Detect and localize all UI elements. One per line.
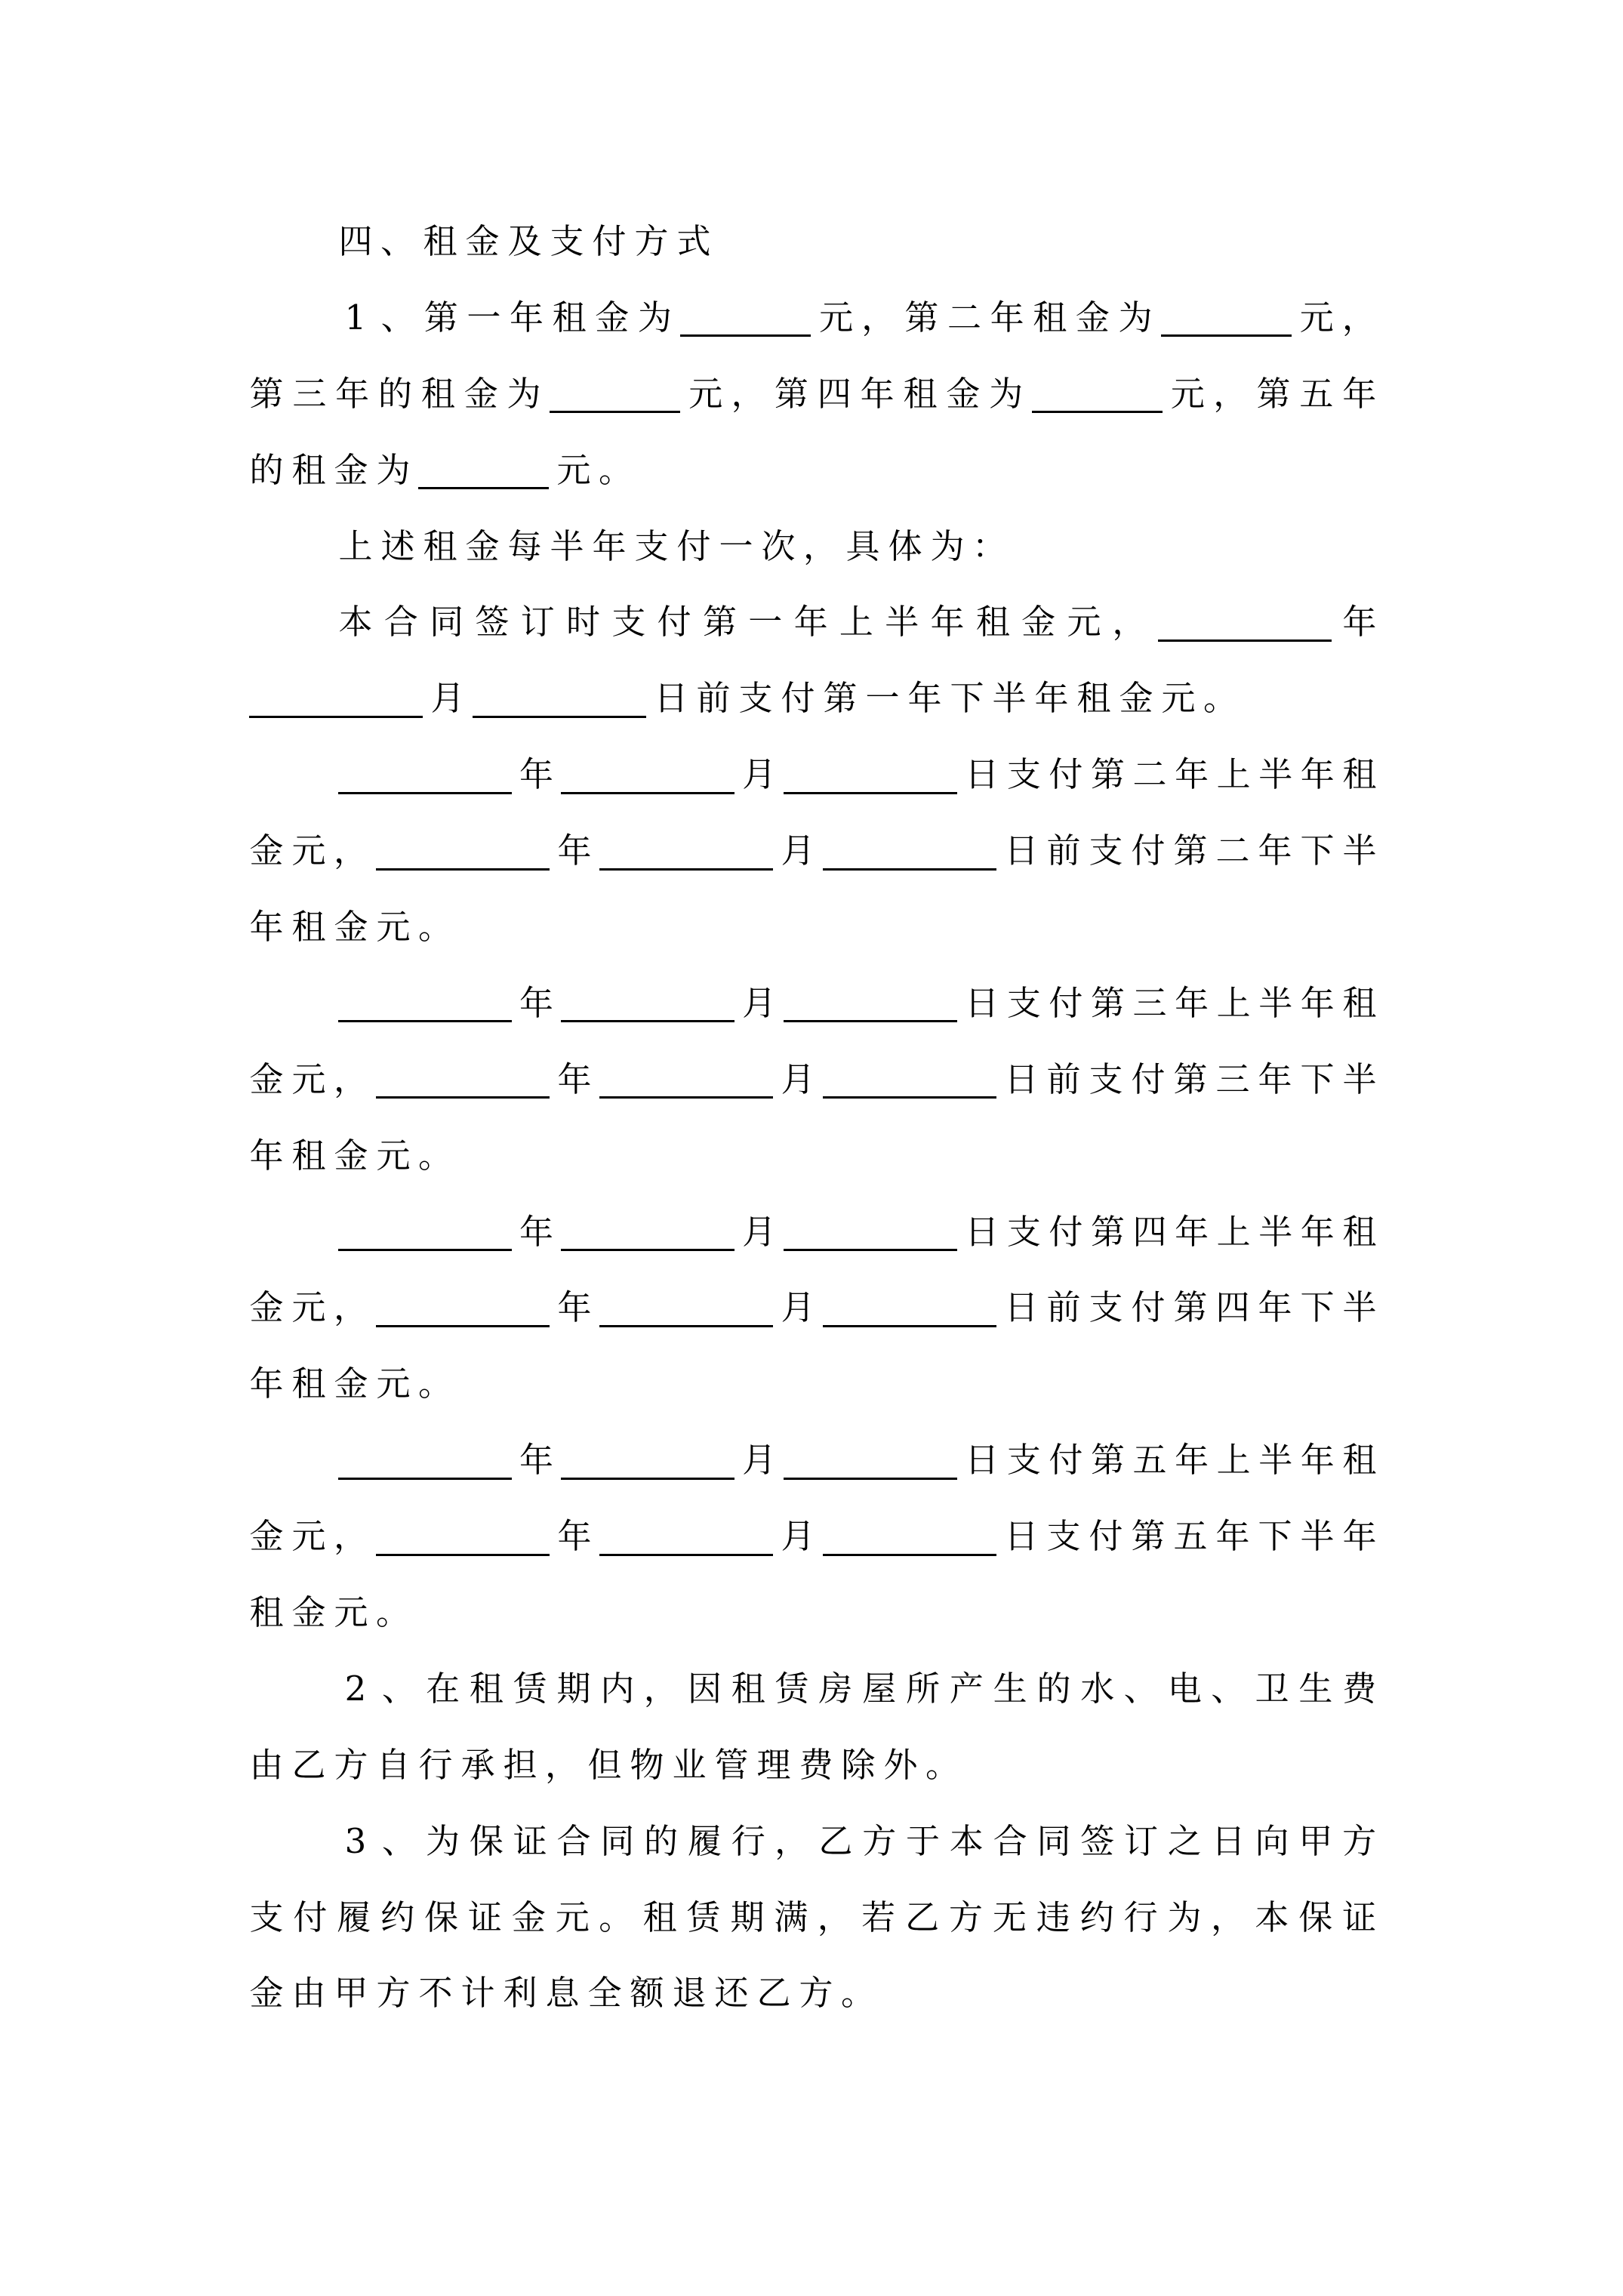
text-char: 半 (1258, 966, 1293, 1042)
text-char: 金 (465, 509, 500, 585)
text-char: 日 (1211, 1804, 1246, 1880)
text-char: 租 (903, 356, 938, 433)
text-char: 下 (1300, 813, 1335, 889)
text-char: 。 (599, 433, 633, 509)
text-char: 、 (380, 204, 415, 280)
text-char: 月 (742, 1194, 777, 1271)
text-char: 第 (823, 661, 858, 737)
text-char: 金 (249, 1955, 284, 2032)
text-char: ， (334, 813, 368, 889)
text-char: 除 (841, 1727, 876, 1804)
text-char: 付 (592, 204, 627, 280)
text-char: 具 (845, 509, 880, 585)
text-char: 半 (992, 661, 1027, 737)
text-char: 第 (1173, 813, 1208, 889)
text-line: 月日前支付第一年下半年租金元。 (249, 661, 1377, 737)
text-char: ， (731, 356, 766, 433)
text-char: 日 (1004, 1042, 1039, 1118)
text-char: 的 (249, 433, 284, 509)
text-char: 元 (376, 889, 411, 966)
text-char: 支 (1006, 737, 1041, 813)
text-char: 月 (781, 1042, 815, 1118)
text-char: 。 (418, 1118, 453, 1194)
text-char: 履 (337, 1880, 371, 1956)
text-char: 日 (654, 661, 688, 737)
text-char: 述 (380, 509, 415, 585)
fill-in-blank[interactable] (338, 1216, 512, 1251)
text-char: 下 (1300, 1042, 1335, 1118)
text-char: 式 (676, 204, 711, 280)
text-line: 年租金元。 (249, 889, 1377, 966)
fill-in-blank[interactable] (784, 988, 957, 1022)
text-char: 第 (1256, 356, 1291, 433)
text-char: 年 (335, 356, 370, 433)
text-char: 。 (599, 1880, 633, 1956)
text-char: 年 (510, 280, 544, 356)
text-char: ， (1211, 1880, 1246, 1956)
text-char: ： (972, 509, 1007, 585)
text-char: 年 (557, 1270, 592, 1346)
text-char: 同 (600, 1804, 635, 1880)
text-char: 四 (338, 204, 373, 280)
text-char: 房 (818, 1651, 853, 1727)
text-char: 签 (475, 584, 510, 661)
text-char: 时 (566, 584, 601, 661)
fill-in-blank[interactable] (376, 836, 550, 871)
text-line: 金元，年月日前支付第三年下半 (249, 1042, 1377, 1118)
text-char: 五 (1132, 1422, 1167, 1499)
text-char: 金 (465, 204, 500, 280)
text-char: 为 (637, 280, 672, 356)
text-line: 2、在租赁期内，因租赁房屋所产生的水、电、卫生费 (249, 1651, 1377, 1727)
text-char: 。 (418, 1346, 453, 1422)
text-char: 年 (990, 280, 1024, 356)
text-char: 租 (642, 1880, 677, 1956)
text-char: 年 (1300, 737, 1335, 813)
text-char: 元 (334, 1575, 368, 1651)
text-char: ， (334, 1499, 368, 1575)
text-char: ， (861, 280, 896, 356)
text-char: 订 (520, 584, 555, 661)
text-char: 租 (291, 1346, 326, 1422)
fill-in-blank[interactable] (784, 760, 957, 794)
text-char: 年 (249, 889, 284, 966)
text-char: 租 (291, 433, 326, 509)
text-char: 合 (556, 1804, 591, 1880)
fill-in-blank[interactable] (1032, 378, 1163, 413)
text-line: 第三年的租金为元，第四年租金为元，第五年 (249, 356, 1377, 433)
paragraph-year-3: 年月日支付第三年上半年租金元，年月日前支付第三年下半年租金元。 (249, 966, 1377, 1194)
text-char: 不 (418, 1955, 453, 2032)
text-char: 若 (861, 1880, 896, 1956)
text-line: 本合同签订时支付第一年上半年租金元，年 (249, 584, 1377, 661)
text-line: 的租金为元。 (249, 433, 1377, 509)
text-char: 合 (993, 1804, 1027, 1880)
text-char: 。 (841, 1955, 876, 2032)
text-char: 第 (1091, 966, 1126, 1042)
text-char: 由 (291, 1955, 326, 2032)
text-char: 卫 (1255, 1651, 1289, 1727)
text-char: 行 (418, 1727, 453, 1804)
text-char: 行 (1123, 1880, 1158, 1956)
fill-in-blank[interactable] (376, 1521, 550, 1556)
fill-in-blank[interactable] (823, 836, 996, 871)
text-char: 元 (291, 1499, 326, 1575)
text-char: 日 (965, 1194, 999, 1271)
fill-in-blank[interactable] (784, 1445, 957, 1480)
text-char: 租 (423, 509, 457, 585)
fill-in-blank[interactable] (561, 760, 735, 794)
text-char: 年 (1300, 966, 1335, 1042)
text-char: 的 (1036, 1651, 1071, 1727)
text-char: 金 (334, 889, 368, 966)
text-char: 年 (519, 966, 554, 1042)
text-char: 三 (1132, 966, 1167, 1042)
text-char: 于 (906, 1804, 941, 1880)
text-char: 同 (430, 584, 464, 661)
text-char: 内 (600, 1651, 635, 1727)
text-char: 签 (1080, 1804, 1115, 1880)
text-char: 半 (1300, 1499, 1335, 1575)
text-char: 一 (719, 509, 753, 585)
text-char: 租 (291, 889, 326, 966)
text-char: 元 (688, 356, 723, 433)
text-char: 年 (793, 584, 828, 661)
text-char: 租 (249, 1575, 284, 1651)
text-char: 租 (1342, 737, 1377, 813)
text-char: 前 (1046, 1042, 1081, 1118)
fill-in-blank[interactable] (680, 302, 811, 337)
document-page: 四、租金及支付方式1、第一年租金为元，第二年租金为元，第三年的租金为元，第四年租… (0, 0, 1623, 2296)
text-char: 。 (1203, 661, 1238, 737)
text-char: 还 (714, 1955, 749, 2032)
text-char: 租 (1342, 1422, 1377, 1499)
paragraph-clause-1: 1、第一年租金为元，第二年租金为元，第三年的租金为元，第四年租金为元，第五年的租… (249, 280, 1377, 509)
text-char: 、 (381, 280, 416, 356)
text-char: 产 (949, 1651, 984, 1727)
paragraph-heading: 四、租金及支付方式 (249, 204, 1377, 280)
text-char: 。 (925, 1727, 960, 1804)
text-char: 付 (1049, 1194, 1083, 1271)
text-char: 履 (688, 1804, 722, 1880)
text-char: 金 (1075, 280, 1110, 356)
text-char: 。 (376, 1575, 411, 1651)
text-char: 保 (469, 1804, 504, 1880)
text-char: 向 (1255, 1804, 1289, 1880)
text-char: ， (818, 1880, 852, 1956)
fill-in-blank[interactable] (599, 836, 773, 871)
text-char: 元 (1170, 356, 1205, 433)
text-char: 一 (467, 280, 501, 356)
fill-in-blank[interactable] (599, 1521, 773, 1556)
text-char: 乙 (818, 1804, 853, 1880)
fill-in-blank[interactable] (561, 988, 735, 1022)
text-char: 日 (965, 1422, 999, 1499)
fill-in-blank[interactable] (338, 760, 512, 794)
text-char: 自 (376, 1727, 411, 1804)
text-char: 月 (742, 966, 777, 1042)
text-char: 付 (293, 1880, 328, 1956)
text-char: 付 (657, 584, 691, 661)
text-char: 但 (587, 1727, 622, 1804)
text-char: 之 (1167, 1804, 1202, 1880)
text-char: 赁 (513, 1651, 547, 1727)
text-char: 日 (1004, 1270, 1039, 1346)
text-char: 满 (774, 1880, 808, 1956)
text-char: 二 (1215, 813, 1250, 889)
text-char: 合 (383, 584, 418, 661)
text-char: 方 (949, 1880, 984, 1956)
text-char: 月 (742, 737, 777, 813)
text-char: 支 (1006, 1422, 1041, 1499)
paragraph-payment-intro: 上述租金每半年支付一次，具体为： (249, 509, 1377, 585)
text-char: 元 (376, 1346, 411, 1422)
text-char: 额 (630, 1955, 664, 2032)
fill-in-blank[interactable] (338, 988, 512, 1022)
text-char: 租 (420, 356, 455, 433)
text-char: 年 (1215, 1499, 1250, 1575)
text-char: 元 (819, 280, 854, 356)
fill-in-blank[interactable] (338, 1445, 512, 1480)
text-char: 五 (1173, 1499, 1208, 1575)
text-char: 。 (418, 889, 453, 966)
text-char: 年 (1258, 813, 1292, 889)
text-char: 甲 (334, 1955, 368, 2032)
text-char: 付 (1089, 1499, 1123, 1575)
text-char: 半 (1342, 1042, 1377, 1118)
text-char: 为 (507, 356, 541, 433)
text-char: 年 (519, 737, 554, 813)
text-char: 担 (503, 1727, 537, 1804)
text-char: 上 (1216, 966, 1251, 1042)
fill-in-blank[interactable] (784, 1216, 957, 1251)
text-char: 证 (468, 1880, 503, 1956)
text-char: 金 (249, 813, 284, 889)
text-char: 息 (545, 1955, 580, 2032)
text-char: 元 (1067, 584, 1101, 661)
text-char: 本 (949, 1804, 984, 1880)
paragraph-year-4: 年月日支付第四年上半年租金元，年月日前支付第四年下半年租金元。 (249, 1194, 1377, 1423)
text-line: 金元，年月日前支付第二年下半 (249, 813, 1377, 889)
text-char: 租 (552, 280, 587, 356)
text-char: 金 (511, 1880, 546, 1956)
text-char: 为 (989, 356, 1024, 433)
text-char: 乙 (905, 1880, 940, 1956)
text-char: 元 (291, 1270, 326, 1346)
paragraph-year-2: 年月日支付第二年上半年租金元，年月日前支付第二年下半年租金元。 (249, 737, 1377, 966)
text-char: ， (803, 509, 838, 585)
text-char: 方 (376, 1955, 411, 2032)
text-char: 证 (1342, 1880, 1377, 1956)
text-line: 1、第一年租金为元，第二年租金为元， (249, 280, 1377, 356)
text-char: 第 (1131, 1499, 1166, 1575)
fill-in-blank[interactable] (823, 1521, 996, 1556)
fill-in-blank[interactable] (376, 1064, 550, 1099)
text-char: 前 (1046, 813, 1081, 889)
document-body: 四、租金及支付方式1、第一年租金为元，第二年租金为元，第三年的租金为元，第四年租… (249, 204, 1377, 2032)
text-char: 半 (1258, 737, 1293, 813)
text-char: 付 (1049, 737, 1083, 813)
text-char: 所 (906, 1651, 941, 1727)
text-char: 支 (1089, 813, 1123, 889)
text-char: ， (334, 1270, 368, 1346)
text-char: 元 (291, 1042, 326, 1118)
text-char: 体 (888, 509, 922, 585)
text-char: 年 (1175, 1194, 1209, 1271)
fill-in-blank[interactable] (561, 1445, 735, 1480)
text-char: 金 (334, 1118, 368, 1194)
text-char: 日 (1004, 1499, 1039, 1575)
text-char: 日 (965, 966, 999, 1042)
text-char: 一 (865, 661, 900, 737)
text-char: 半 (1342, 813, 1377, 889)
text-char: 金 (334, 433, 368, 509)
text-char: 半 (1258, 1422, 1293, 1499)
text-line: 上述租金每半年支付一次，具体为： (249, 509, 1377, 585)
text-char: 1 (338, 280, 373, 356)
text-char: 支 (550, 204, 584, 280)
text-char: 的 (378, 356, 413, 433)
text-char: 支 (634, 509, 669, 585)
text-line: 年月日支付第五年上半年租 (249, 1422, 1377, 1499)
text-char: 年 (557, 1499, 592, 1575)
text-char: 理 (756, 1727, 791, 1804)
fill-in-blank[interactable] (550, 378, 680, 413)
fill-in-blank[interactable] (1161, 302, 1292, 337)
text-char: 金 (249, 1270, 284, 1346)
text-char: 金 (334, 1346, 368, 1422)
text-char: 上 (338, 509, 373, 585)
text-char: 金 (249, 1042, 284, 1118)
text-char: 费 (1342, 1651, 1377, 1727)
text-char: 元 (1161, 661, 1196, 737)
text-char: 水 (1080, 1651, 1115, 1727)
text-char: 四 (1215, 1270, 1250, 1346)
text-char: 半 (1342, 1270, 1377, 1346)
fill-in-blank[interactable] (249, 683, 423, 718)
text-line: 四、租金及支付方式 (249, 204, 1377, 280)
fill-in-blank[interactable] (823, 1293, 996, 1327)
fill-in-blank[interactable] (418, 455, 549, 489)
text-char: 金 (946, 356, 981, 433)
text-char: 四 (1132, 1194, 1167, 1271)
fill-in-blank[interactable] (1158, 607, 1332, 642)
text-char: 月 (742, 1422, 777, 1499)
fill-in-blank[interactable] (599, 1064, 773, 1099)
text-char: 为 (930, 509, 965, 585)
text-char: 保 (1298, 1880, 1333, 1956)
text-char: 物 (630, 1727, 664, 1804)
text-char: 的 (644, 1804, 679, 1880)
text-char: ， (334, 1042, 368, 1118)
text-char: 期 (556, 1651, 591, 1727)
text-char: 元 (556, 433, 591, 509)
text-char: 、 (382, 1651, 417, 1727)
text-char: 半 (1258, 1194, 1293, 1271)
text-char: 利 (503, 1955, 537, 2032)
text-char: 前 (1046, 1270, 1081, 1346)
text-char: 年 (557, 813, 592, 889)
text-char: 三 (1215, 1042, 1250, 1118)
text-char: 、 (382, 1804, 417, 1880)
text-char: 本 (338, 584, 373, 661)
text-char: 生 (1298, 1651, 1333, 1727)
text-line: 年租金元。 (249, 1346, 1377, 1422)
text-char: 租 (1033, 280, 1067, 356)
text-char: 第 (904, 280, 939, 356)
text-char: 方 (799, 1955, 833, 2032)
text-line: 金元，年月日前支付第四年下半 (249, 1270, 1377, 1346)
text-char: 付 (1049, 966, 1083, 1042)
text-char: 年 (907, 661, 942, 737)
text-char: 方 (1342, 1804, 1377, 1880)
text-char: 每 (507, 509, 542, 585)
text-char: 支 (1006, 966, 1041, 1042)
fill-in-blank[interactable] (561, 1216, 735, 1251)
text-char: 年 (1034, 661, 1069, 737)
fill-in-blank[interactable] (376, 1293, 550, 1327)
text-char: 付 (1049, 1422, 1083, 1499)
text-char: 一 (748, 584, 783, 661)
text-char: 租 (1076, 661, 1111, 737)
text-char: 乙 (291, 1727, 326, 1804)
text-char: 付 (1131, 813, 1166, 889)
text-char: 金 (291, 1575, 326, 1651)
text-char: 电 (1167, 1651, 1202, 1727)
text-char: 日 (965, 737, 999, 813)
text-char: 上 (1216, 737, 1251, 813)
paragraph-clause-2: 2、在租赁期内，因租赁房屋所产生的水、电、卫生费由乙方自行承担，但物业管理费除外… (249, 1651, 1377, 1804)
text-char: 三 (292, 356, 327, 433)
text-char: 第 (249, 356, 284, 433)
fill-in-blank[interactable] (599, 1293, 773, 1327)
text-char: 年 (1258, 1270, 1292, 1346)
text-char: 年 (1175, 1422, 1209, 1499)
text-char: 月 (781, 1270, 815, 1346)
text-char: 年 (1300, 1194, 1335, 1271)
text-char: 年 (1175, 966, 1209, 1042)
text-char: 付 (676, 509, 711, 585)
text-char: 方 (862, 1804, 897, 1880)
text-char: 元 (291, 813, 326, 889)
text-line: 由乙方自行承担，但物业管理费除外。 (249, 1727, 1377, 1804)
text-char: 方 (634, 204, 669, 280)
text-char: 年 (1175, 737, 1209, 813)
text-char: 、 (1124, 1651, 1159, 1727)
text-char: 订 (1124, 1804, 1159, 1880)
text-char: 二 (947, 280, 982, 356)
text-char: 租 (731, 1651, 765, 1727)
text-char: 乙 (756, 1955, 791, 2032)
fill-in-blank[interactable] (473, 683, 646, 718)
text-char: 为 (426, 1804, 460, 1880)
text-char: 证 (513, 1804, 547, 1880)
fill-in-blank[interactable] (823, 1064, 996, 1099)
text-char: 付 (1131, 1270, 1166, 1346)
text-char: 无 (992, 1880, 1027, 1956)
text-line: 年月日支付第三年上半年租 (249, 966, 1377, 1042)
text-char: 管 (714, 1727, 749, 1804)
text-char: ， (545, 1727, 580, 1804)
text-char: 次 (761, 509, 796, 585)
text-char: 及 (507, 204, 542, 280)
text-char: 方 (334, 1727, 368, 1804)
text-char: 外 (883, 1727, 918, 1804)
text-char: 月 (430, 661, 465, 737)
text-char: 年 (930, 584, 965, 661)
text-line: 年月日支付第四年上半年租 (249, 1194, 1377, 1271)
text-char: 为 (1167, 1880, 1202, 1956)
